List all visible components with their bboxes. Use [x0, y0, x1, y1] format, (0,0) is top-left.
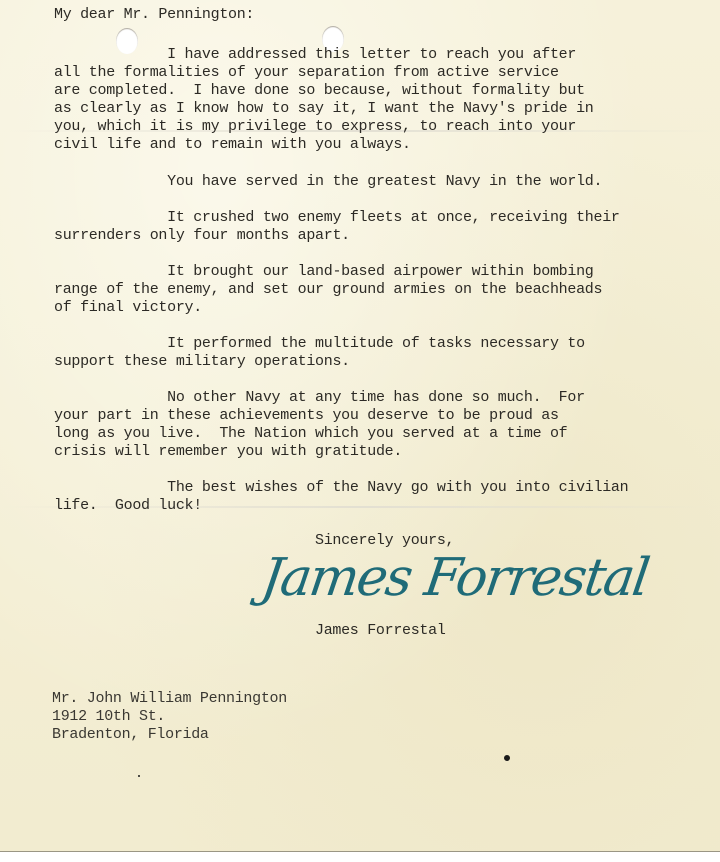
- ink-spot: [138, 775, 140, 777]
- handwritten-signature: James Forrestal: [258, 548, 652, 608]
- letter-line: range of the enemy, and set our ground a…: [54, 281, 602, 299]
- letter-line: The best wishes of the Navy go with you …: [54, 479, 628, 497]
- ink-spot: [504, 755, 510, 761]
- letter-line: You have served in the greatest Navy in …: [54, 173, 602, 191]
- letter-line: I have addressed this letter to reach yo…: [54, 46, 576, 64]
- letter-line: you, which it is my privilege to express…: [54, 118, 576, 136]
- letter-line: No other Navy at any time has done so mu…: [54, 389, 585, 407]
- letter-line: support these military operations.: [54, 353, 350, 371]
- letter-line: civil life and to remain with you always…: [54, 136, 411, 154]
- salutation: My dear Mr. Pennington:: [54, 6, 254, 24]
- letter-line: crisis will remember you with gratitude.: [54, 443, 402, 461]
- recipient-city: Bradenton, Florida: [52, 726, 209, 744]
- letter-line: of final victory.: [54, 299, 202, 317]
- letter-line: It crushed two enemy fleets at once, rec…: [54, 209, 620, 227]
- recipient-name: Mr. John William Pennington: [52, 690, 287, 708]
- letter-line: are completed. I have done so because, w…: [54, 82, 585, 100]
- letter-line: all the formalities of your separation f…: [54, 64, 559, 82]
- letter-line: your part in these achievements you dese…: [54, 407, 559, 425]
- letter-line: as clearly as I know how to say it, I wa…: [54, 100, 594, 118]
- letter-line: It performed the multitude of tasks nece…: [54, 335, 585, 353]
- recipient-street: 1912 10th St.: [52, 708, 165, 726]
- letter-line: surrenders only four months apart.: [54, 227, 350, 245]
- typed-signature: James Forrestal: [315, 622, 446, 640]
- letter-paper: My dear Mr. Pennington: I have addressed…: [0, 0, 720, 852]
- letter-line: life. Good luck!: [54, 497, 202, 515]
- letter-line: long as you live. The Nation which you s…: [54, 425, 567, 443]
- letter-line: It brought our land-based airpower withi…: [54, 263, 594, 281]
